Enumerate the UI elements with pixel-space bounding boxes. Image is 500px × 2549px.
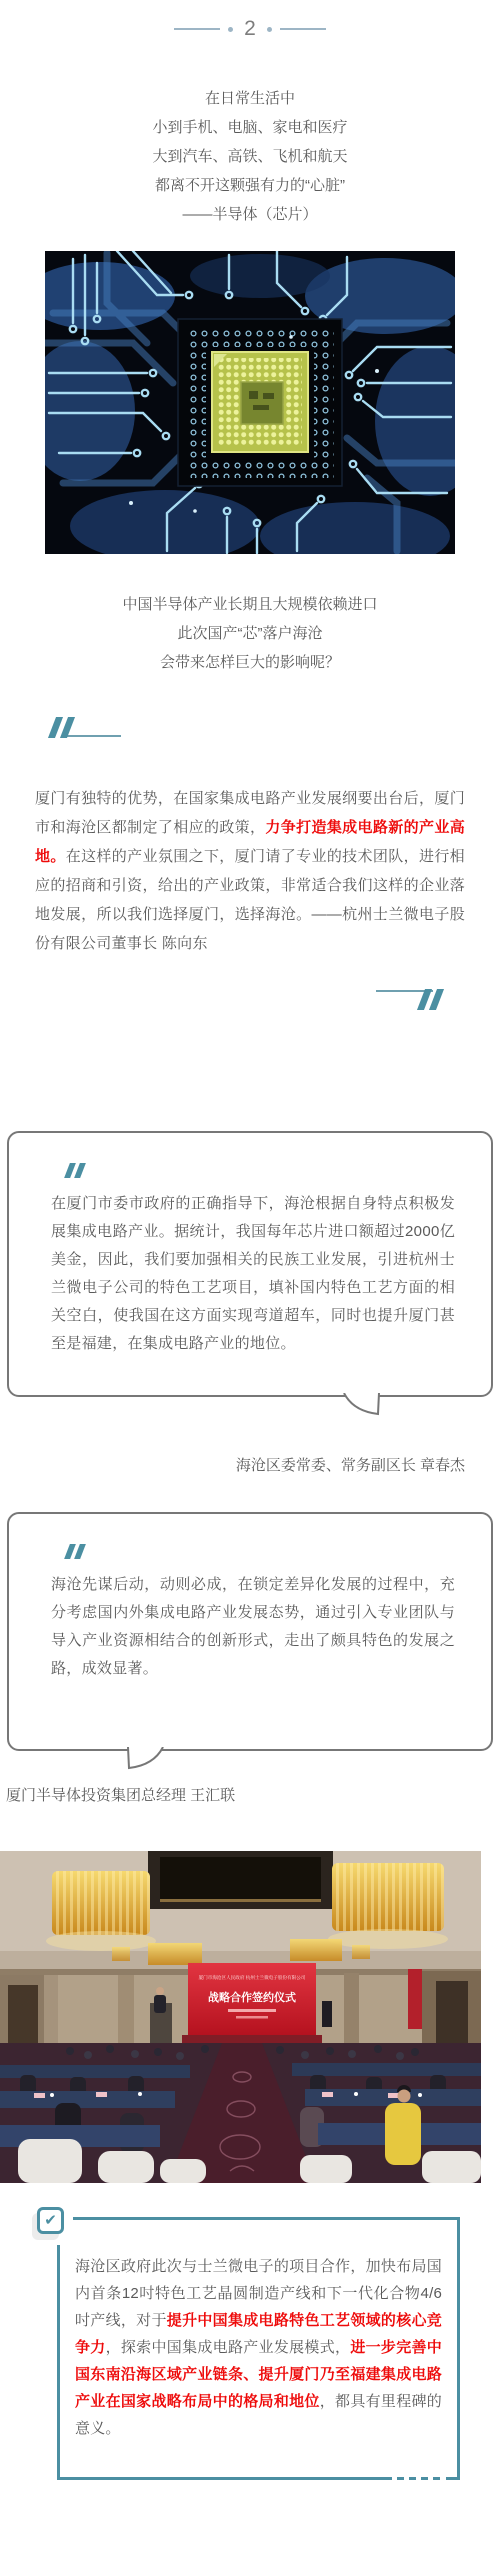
bubble-tail — [125, 1747, 165, 1771]
article-page: { "article": { "section_number": "2", "i… — [0, 0, 500, 2549]
green-chip — [212, 352, 308, 452]
banner-title: 战略合作签约仪式 — [208, 1990, 296, 2004]
text-line: 小到手机、电脑、家电和医疗 — [0, 113, 500, 142]
summary-box: ✔ 海沧区政府此次与士兰微电子的项目合作，加快布局国内首条12吋特色工艺晶圆制造… — [37, 2207, 460, 2480]
bubble-quote-text: 在厦门市委市政府的正确指导下，海沧根据自身特点积极发展集成电路产业。据统计，我国… — [51, 1190, 455, 1358]
ceremony-photo: 厦门市海沧区人民政府 杭州士兰微电子股份有限公司 战略合作签约仪式 — [0, 1851, 481, 2183]
bubble-quote-text: 海沧先谋后动，动则必成，在锁定差异化发展的过程中，充分考虑国内外集成电路产业发展… — [51, 1571, 455, 1683]
bubble2-attribution: 厦门半导体投资集团总经理 王汇联 — [6, 1785, 500, 1806]
text-line: 大到汽车、高铁、飞机和航天 — [0, 142, 500, 171]
closing-quote-icon — [0, 989, 445, 1010]
divider-dot-right — [267, 27, 272, 32]
quote-line — [64, 735, 121, 737]
text-line: ——半导体（芯片） — [0, 200, 500, 229]
quote-slash — [74, 1544, 86, 1559]
bubble1-attribution: 海沧区委常委、常务副区长 章春杰 — [0, 1455, 465, 1476]
summary-border-bottom-dashed — [385, 2477, 442, 2480]
plain-text: ，探索中国集成电路产业发展模式， — [106, 2339, 351, 2356]
text-line: 会带来怎样巨大的影响呢？ — [0, 648, 500, 677]
bubble-tail — [342, 1393, 382, 1417]
question-text: 中国半导体产业长期且大规模依赖进口此次国产“芯”落户海沧会带来怎样巨大的影响呢？ — [0, 590, 500, 677]
divider-line-left — [174, 28, 220, 30]
speech-bubble-1: 在厦门市委市政府的正确指导下，海沧根据自身特点积极发展集成电路产业。据统计，我国… — [7, 1131, 493, 1397]
checkbox-icon: ✔ — [37, 2207, 64, 2234]
circuit-board-image — [45, 251, 455, 554]
divider-dot-left — [228, 27, 233, 32]
divider-line-right — [280, 28, 326, 30]
section-number: 2 — [241, 16, 259, 42]
summary-border-bottom — [57, 2477, 385, 2480]
intro-text: 在日常生活中小到手机、电脑、家电和医疗大到汽车、高铁、飞机和航天都离不开这颗强有… — [0, 84, 500, 229]
quote-slash — [74, 1163, 86, 1178]
text-line: 中国半导体产业长期且大规模依赖进口 — [0, 590, 500, 619]
text-line: 在日常生活中 — [0, 84, 500, 113]
quote-paragraph: 厦门有独特的优势，在国家集成电路产业发展纲要出台后，厦门市和海沧区都制定了相应的… — [35, 784, 465, 958]
summary-border-right — [457, 2217, 460, 2480]
speech-bubble-2: 海沧先谋后动，动则必成，在锁定差异化发展的过程中，充分考虑国内外集成电路产业发展… — [7, 1512, 493, 1751]
text-line: 都离不开这颗强有力的“心脏” — [0, 171, 500, 200]
banner-subtitle: 厦门市海沧区人民政府 杭州士兰微电子股份有限公司 — [199, 1974, 306, 1981]
summary-border-bottom-corner — [446, 2477, 460, 2480]
bubble-quote-icon — [67, 1544, 461, 1559]
bubble-quote-icon — [67, 1163, 461, 1178]
quote-slash — [429, 989, 444, 1010]
paragraph-text: 在这样的产业氛围之下，厦门请了专业的技术团队，进行相应的招商和引资，给出的产业政… — [35, 848, 465, 952]
summary-border-left — [57, 2245, 60, 2480]
section-number-divider: 2 — [0, 16, 500, 42]
opening-quote-icon — [52, 717, 500, 738]
summary-paragraph: 海沧区政府此次与士兰微电子的项目合作，加快布局国内首条12吋特色工艺晶圆制造产线… — [37, 2207, 460, 2480]
text-line: 此次国产“芯”落户海沧 — [0, 619, 500, 648]
summary-border-top — [73, 2217, 460, 2220]
